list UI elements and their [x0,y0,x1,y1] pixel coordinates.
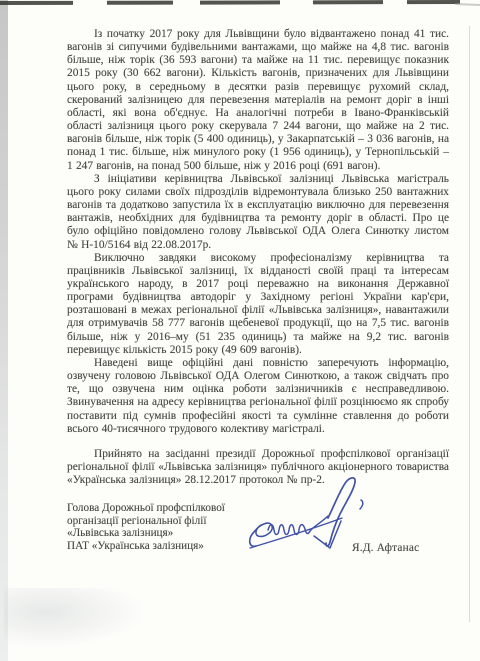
letter-body: Із початку 2017 року для Львівщини було … [67,28,449,487]
body-paragraph-1: Із початку 2017 року для Львівщини було … [67,28,449,173]
scan-edge-top [0,0,480,16]
scan-edge-left [0,0,8,661]
signatory-title-block: Голова Дорожньої профспілкової організац… [67,502,225,552]
body-paragraph-3: Виключно завдяки високому професіоналізм… [67,252,449,357]
signatory-title-line-3: «Львівська залізниця» [67,527,225,540]
scanned-letter-page: Із початку 2017 року для Львівщини було … [0,0,480,661]
signatory-title-line-2: організації регіональної філії [67,515,225,528]
body-paragraph-4: Наведені вище офіційні дані повністю зап… [67,357,449,436]
signatory-title-line-1: Голова Дорожньої профспілкової [67,502,225,515]
signatory-title-line-4: ПАТ «Українська залізниця» [67,540,225,553]
scan-noise-bottom-left [4,588,144,648]
body-paragraph-2: З ініціативи керівництва Львівської залі… [67,173,449,252]
signer-name: Я.Д. Афтанас [352,542,419,554]
scan-edge-right [469,26,470,622]
